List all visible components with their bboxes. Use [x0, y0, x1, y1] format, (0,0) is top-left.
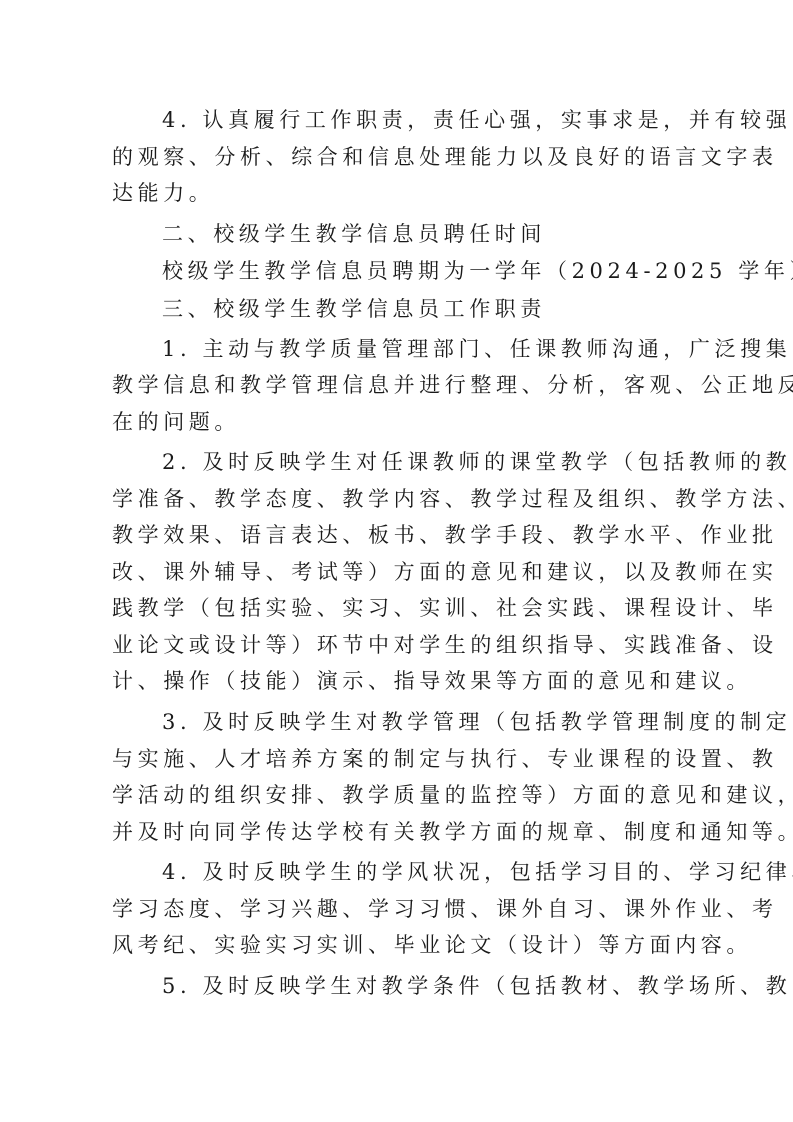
duty-4-line-1: 4. 及时反映学生的学风状况，包括学习目的、学习纪律、: [162, 860, 793, 884]
req-4-line-2: 的观察、分析、综合和信息处理能力以及良好的语言文字表: [112, 145, 778, 169]
duty-4-line-2: 学习态度、学习兴趣、学习习惯、课外自习、课外作业、考: [112, 897, 778, 921]
duty-2-line-1: 2. 及时反映学生对任课教师的课堂教学（包括教师的教: [162, 450, 791, 474]
duty-1-line-1: 1. 主动与教学质量管理部门、任课教师沟通，广泛搜集: [162, 337, 791, 361]
duty-2-line-6: 业论文或设计等）环节中对学生的组织指导、实践准备、设: [112, 633, 778, 657]
duty-2-line-4: 改、课外辅导、考试等）方面的意见和建议，以及教师在实: [112, 560, 778, 584]
section-2-heading: 二、校级学生教学信息员聘任时间: [162, 222, 546, 246]
duty-2-line-7: 计、操作（技能）演示、指导效果等方面的意见和建议。: [112, 669, 752, 693]
duty-2-line-2: 学准备、教学态度、教学内容、教学过程及组织、教学方法、: [112, 487, 793, 511]
duty-1-line-3: 在的问题。: [112, 410, 240, 434]
duty-3-line-2: 与实施、人才培养方案的制定与执行、专业课程的设置、教: [112, 747, 778, 771]
req-4-line-3: 达能力。: [112, 181, 214, 205]
duty-3-line-1: 3. 及时反映学生对教学管理（包括教学管理制度的制定: [162, 710, 791, 734]
duty-5-line-1: 5. 及时反映学生对教学条件（包括教材、教学场所、教: [162, 974, 791, 998]
term-paragraph: 校级学生教学信息员聘期为一学年（2024-2025 学年）。: [162, 259, 793, 283]
duty-1-line-2: 教学信息和教学管理信息并进行整理、分析，客观、公正地反映存: [112, 373, 793, 397]
section-3-heading: 三、校级学生教学信息员工作职责: [162, 297, 546, 321]
duty-4-line-3: 风考纪、实验实习实训、毕业论文（设计）等方面内容。: [112, 933, 752, 957]
duty-3-line-4: 并及时向同学传达学校有关教学方面的规章、制度和通知等。: [112, 820, 793, 844]
req-4-line-1: 4. 认真履行工作职责，责任心强，实事求是，并有较强: [162, 108, 791, 132]
duty-3-line-3: 学活动的组织安排、教学质量的监控等）方面的意见和建议，: [112, 783, 793, 807]
document-page: 4. 认真履行工作职责，责任心强，实事求是，并有较强 的观察、分析、综合和信息处…: [0, 0, 793, 1122]
duty-2-line-5: 践教学（包括实验、实习、实训、社会实践、课程设计、毕: [112, 596, 778, 620]
duty-2-line-3: 教学效果、语言表达、板书、教学手段、教学水平、作业批: [112, 523, 778, 547]
